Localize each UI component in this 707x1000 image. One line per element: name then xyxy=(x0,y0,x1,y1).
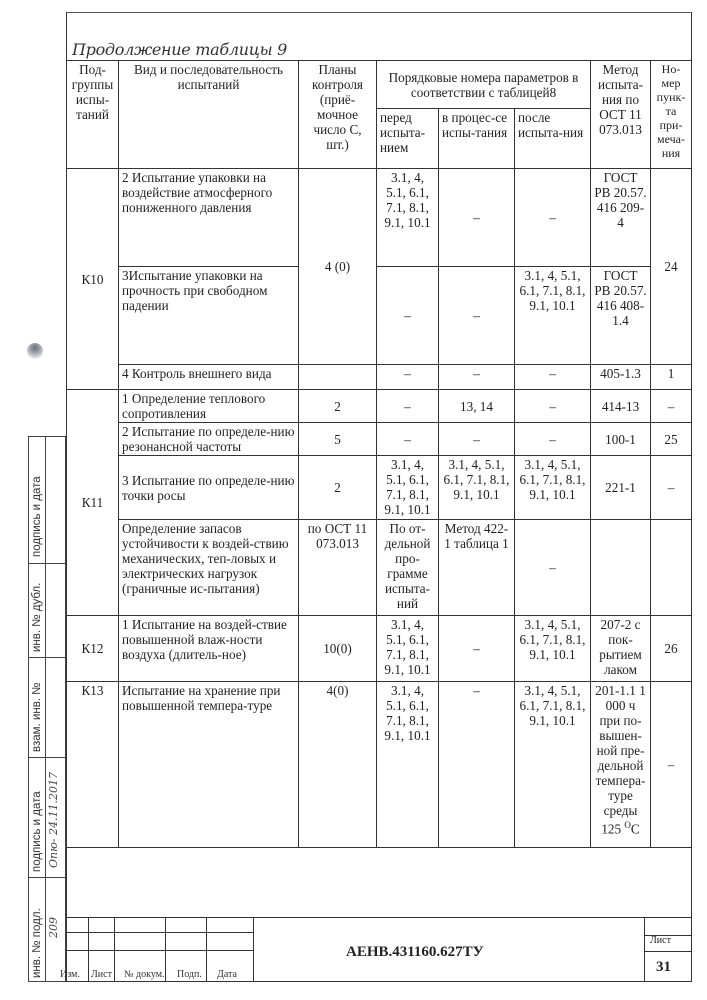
plan-cell xyxy=(299,365,377,390)
subgroup-cell: К10 xyxy=(67,169,119,390)
label-sheet: Лист xyxy=(91,969,112,980)
before-cell: 3.1, 4, 5.1, 6.1, 7.1, 8.1, 9.1, 10.1 xyxy=(377,616,439,682)
after-cell: – xyxy=(515,390,591,423)
test-cell: 3Испытание упаковки на прочность при сво… xyxy=(119,267,299,365)
label-date: Дата xyxy=(217,969,237,980)
table-row: 4 Контроль внешнего вида – – – 405-1.3 1 xyxy=(67,365,692,390)
test-cell: Испытание на хранение при повышенной тем… xyxy=(119,682,299,848)
header-param-numbers: Порядковые номера параметров в соответст… xyxy=(377,61,591,109)
header-during: в процес-се испы-тания xyxy=(439,109,515,169)
table-row: К11 1 Определение теплового сопротивлени… xyxy=(67,390,692,423)
before-cell: – xyxy=(377,267,439,365)
method-cell: 100-1 xyxy=(591,423,651,456)
test-cell: 2 Испытание упаковки на воздействие атмо… xyxy=(119,169,299,267)
method-cell: 414-13 xyxy=(591,390,651,423)
punch-hole xyxy=(27,343,43,359)
after-cell: – xyxy=(515,520,591,616)
after-cell: – xyxy=(515,365,591,390)
after-cell: – xyxy=(515,423,591,456)
plan-cell: 2 xyxy=(299,390,377,423)
document-code: АЕНВ.431160.627ТУ xyxy=(346,944,484,961)
table-caption: Продолжение таблицы 9 xyxy=(72,40,287,59)
plan-cell: 5 xyxy=(299,423,377,456)
before-cell: 3.1, 4, 5.1, 6.1, 7.1, 8.1, 9.1, 10.1 xyxy=(377,169,439,267)
header-note: Но-мер пунк-та при-меча-ния xyxy=(651,61,692,169)
after-cell: 3.1, 4, 5.1, 6.1, 7.1, 8.1, 9.1, 10.1 xyxy=(515,616,591,682)
plan-cell: 4(0) xyxy=(299,682,377,848)
during-cell: – xyxy=(439,169,515,267)
table-row: Определение запасов устойчивости к возде… xyxy=(67,520,692,616)
plan-cell: 10(0) xyxy=(299,616,377,682)
method-cell: 207-2 с пок-рытием лаком xyxy=(591,616,651,682)
before-cell: 3.1, 4, 5.1, 6.1, 7.1, 8.1, 9.1, 10.1 xyxy=(377,456,439,520)
side-cell: инв. № дубл. xyxy=(29,563,65,657)
during-cell: – xyxy=(439,423,515,456)
side-cell: инв. № подл. 209 xyxy=(29,877,65,983)
plan-cell: по ОСТ 11 073.013 xyxy=(299,520,377,616)
subgroup-cell: К13 xyxy=(67,682,119,848)
method-cell: 201-1.1 1 000 ч при по-вышен-ной пре-дел… xyxy=(591,682,651,848)
side-cell: подпись и дата xyxy=(29,437,65,563)
title-block: Изм. Лист № докум. Подп. Дата АЕНВ.43116… xyxy=(66,917,692,982)
after-cell: – xyxy=(515,169,591,267)
header-test-type: Вид и последовательность испытаний xyxy=(119,61,299,169)
header-subgroup: Под-группы испы-таний xyxy=(67,61,119,169)
test-cell: 1 Испытание на воздей-ствие повышенной в… xyxy=(119,616,299,682)
method-cell xyxy=(591,520,651,616)
note-cell: 24 xyxy=(651,169,692,365)
test-table: Под-группы испы-таний Вид и последовател… xyxy=(66,60,692,848)
after-cell: 3.1, 4, 5.1, 6.1, 7.1, 8.1, 9.1, 10.1 xyxy=(515,267,591,365)
label-doc-number: № докум. xyxy=(124,969,165,980)
header-method: Метод испыта-ния по ОСТ 11 073.013 xyxy=(591,61,651,169)
test-cell: Определение запасов устойчивости к возде… xyxy=(119,520,299,616)
table-row: 3 Испытание по определе-нию точки росы 2… xyxy=(67,456,692,520)
during-cell: – xyxy=(439,616,515,682)
table-row: К12 1 Испытание на воздей-ствие повышенн… xyxy=(67,616,692,682)
before-cell: – xyxy=(377,423,439,456)
note-cell: – xyxy=(651,456,692,520)
subgroup-cell: К11 xyxy=(67,390,119,616)
side-cell: взам. инв. № xyxy=(29,657,65,757)
note-cell xyxy=(651,520,692,616)
method-cell: ГОСТ РВ 20.57. 416 209-4 xyxy=(591,169,651,267)
note-cell: 25 xyxy=(651,423,692,456)
after-cell: 3.1, 4, 5.1, 6.1, 7.1, 8.1, 9.1, 10.1 xyxy=(515,456,591,520)
method-cell: ГОСТ РВ 20.57. 416 408-1.4 xyxy=(591,267,651,365)
test-cell: 2 Испытание по определе-нию резонансной … xyxy=(119,423,299,456)
sheet-number: 31 xyxy=(656,959,671,976)
side-cell: подпись и дата Опю- 24.11.2017 xyxy=(29,757,65,877)
during-cell: 3.1, 4, 5.1, 6.1, 7.1, 8.1, 9.1, 10.1 xyxy=(439,456,515,520)
table-row: К13 Испытание на хранение при повышенной… xyxy=(67,682,692,848)
sheet-label: Лист xyxy=(650,935,671,946)
test-cell: 4 Контроль внешнего вида xyxy=(119,365,299,390)
note-cell: – xyxy=(651,682,692,848)
label-signature: Подп. xyxy=(177,969,202,980)
method-cell: 221-1 xyxy=(591,456,651,520)
header-control-plans: Планы контроля (приё-мочное число С, шт.… xyxy=(299,61,377,169)
table-row: К10 2 Испытание упаковки на воздействие … xyxy=(67,169,692,267)
plan-cell: 4 (0) xyxy=(299,169,377,365)
before-cell: – xyxy=(377,365,439,390)
during-cell: – xyxy=(439,267,515,365)
label-change: Изм. xyxy=(60,969,80,980)
before-cell: 3.1, 4, 5.1, 6.1, 7.1, 8.1, 9.1, 10.1 xyxy=(377,682,439,848)
subgroup-cell: К12 xyxy=(67,616,119,682)
before-cell: – xyxy=(377,390,439,423)
after-cell: 3.1, 4, 5.1, 6.1, 7.1, 8.1, 9.1, 10.1 xyxy=(515,682,591,848)
during-cell: 13, 14 xyxy=(439,390,515,423)
test-cell: 3 Испытание по определе-нию точки росы xyxy=(119,456,299,520)
test-cell: 1 Определение теплового сопротивления xyxy=(119,390,299,423)
table-row: 3Испытание упаковки на прочность при сво… xyxy=(67,267,692,365)
method-cell: 405-1.3 xyxy=(591,365,651,390)
table-row: 2 Испытание по определе-нию резонансной … xyxy=(67,423,692,456)
header-after: после испыта-ния xyxy=(515,109,591,169)
note-cell: – xyxy=(651,390,692,423)
note-cell: 26 xyxy=(651,616,692,682)
note-cell: 1 xyxy=(651,365,692,390)
during-cell: – xyxy=(439,365,515,390)
during-cell: Метод 422-1 таблица 1 xyxy=(439,520,515,616)
during-cell: – xyxy=(439,682,515,848)
plan-cell: 2 xyxy=(299,456,377,520)
before-cell: По от-дельной про-грамме испыта-ний xyxy=(377,520,439,616)
header-before: перед испыта-нием xyxy=(377,109,439,169)
side-stamp: подпись и дата инв. № дубл. взам. инв. №… xyxy=(28,436,66,982)
